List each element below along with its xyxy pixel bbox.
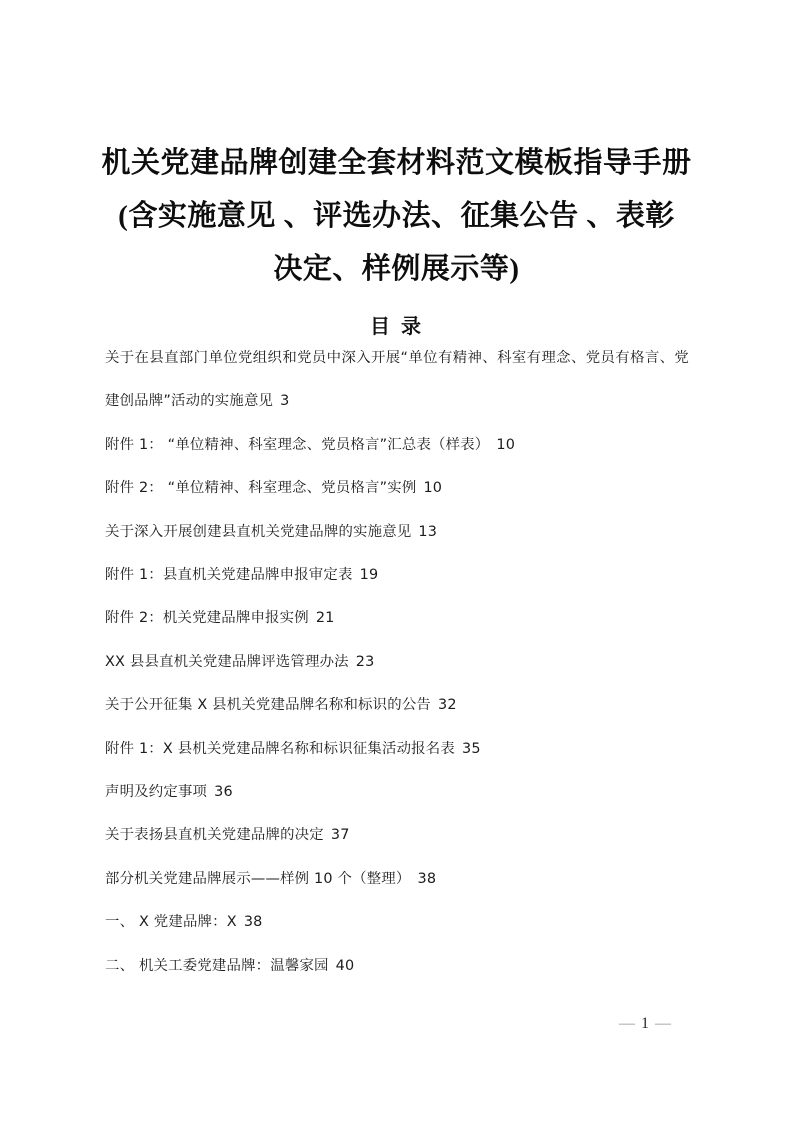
page-footer: —1— (600, 1012, 690, 1036)
document-page: 机关党建品牌创建全套材料范文模板指导手册 (含实施意见 、评选办法、征集公告 、… (0, 0, 793, 1122)
toc-page-number: 32 (438, 697, 457, 713)
toc-page-number: 23 (356, 654, 375, 670)
toc-entry-label: 关于在县直部门单位党组织和党员中深入开展“单位有精神、科室有理念、党员有格言、党… (105, 350, 689, 409)
toc-entry: 附件 2： “单位精神、科室理念、党员格言”实例10 (105, 467, 689, 510)
toc-page-number: 13 (418, 524, 437, 540)
toc-entry: 二、 机关工委党建品牌：温馨家园40 (105, 945, 689, 988)
toc-entry: 声明及约定事项36 (105, 771, 689, 814)
toc-page-number: 38 (417, 871, 436, 887)
toc-entry-label: 部分机关党建品牌展示——样例 10 个（整理） (105, 871, 410, 887)
toc-list: 关于在县直部门单位党组织和党员中深入开展“单位有精神、科室有理念、党员有格言、党… (105, 337, 689, 988)
toc-page-number: 35 (462, 741, 481, 757)
toc-entry-label: 二、 机关工委党建品牌：温馨家园 (105, 958, 329, 974)
toc-page-number: 36 (214, 784, 233, 800)
document-title: 机关党建品牌创建全套材料范文模板指导手册 (含实施意见 、评选办法、征集公告 、… (90, 137, 703, 296)
toc-entry-label: XX 县县直机关党建品牌评选管理办法 (105, 654, 349, 670)
toc-entry-label: 关于深入开展创建县直机关党建品牌的实施意见 (105, 524, 411, 540)
toc-entry-label: 声明及约定事项 (105, 784, 207, 800)
title-line-3: 决定、样例展示等) (90, 243, 703, 296)
toc-entry: XX 县县直机关党建品牌评选管理办法23 (105, 641, 689, 684)
toc-page-number: 38 (244, 914, 263, 930)
toc-page-number: 37 (331, 827, 350, 843)
toc-entry: 一、 X 党建品牌：X38 (105, 901, 689, 944)
title-line-1: 机关党建品牌创建全套材料范文模板指导手册 (90, 137, 703, 190)
toc-page-number: 19 (360, 567, 379, 583)
toc-entry-label: 附件 1： “单位精神、科室理念、党员格言”汇总表（样表） (105, 437, 489, 453)
title-line-2: (含实施意见 、评选办法、征集公告 、表彰 (90, 190, 703, 243)
footer-page-number: 1 (641, 1015, 649, 1032)
toc-entry-label: 附件 1：县直机关党建品牌申报审定表 (105, 567, 353, 583)
toc-entry-label: 附件 1：X 县机关党建品牌名称和标识征集活动报名表 (105, 741, 455, 757)
footer-dash-left: — (613, 1015, 641, 1032)
toc-page-number: 10 (496, 437, 515, 453)
toc-page-number: 21 (316, 610, 335, 626)
toc-entry: 附件 2：机关党建品牌申报实例21 (105, 597, 689, 640)
toc-entry-label: 附件 2：机关党建品牌申报实例 (105, 610, 309, 626)
toc-entry: 附件 1：县直机关党建品牌申报审定表19 (105, 554, 689, 597)
toc-page-number: 3 (280, 393, 289, 409)
toc-entry-label: 一、 X 党建品牌：X (105, 914, 237, 930)
toc-entry-label: 关于公开征集 X 县机关党建品牌名称和标识的公告 (105, 697, 431, 713)
toc-page-number: 40 (336, 958, 355, 974)
toc-entry: 关于公开征集 X 县机关党建品牌名称和标识的公告32 (105, 684, 689, 727)
toc-entry: 部分机关党建品牌展示——样例 10 个（整理）38 (105, 858, 689, 901)
toc-entry: 关于表扬县直机关党建品牌的决定37 (105, 814, 689, 857)
toc-page-number: 10 (423, 480, 442, 496)
toc-entry: 关于深入开展创建县直机关党建品牌的实施意见13 (105, 511, 689, 554)
footer-dash-right: — (649, 1015, 677, 1032)
toc-entry: 附件 1： “单位精神、科室理念、党员格言”汇总表（样表）10 (105, 424, 689, 467)
toc-entry: 附件 1：X 县机关党建品牌名称和标识征集活动报名表35 (105, 728, 689, 771)
toc-entry-label: 附件 2： “单位精神、科室理念、党员格言”实例 (105, 480, 416, 496)
toc-entry-label: 关于表扬县直机关党建品牌的决定 (105, 827, 324, 843)
toc-entry: 关于在县直部门单位党组织和党员中深入开展“单位有精神、科室有理念、党员有格言、党… (105, 337, 689, 424)
